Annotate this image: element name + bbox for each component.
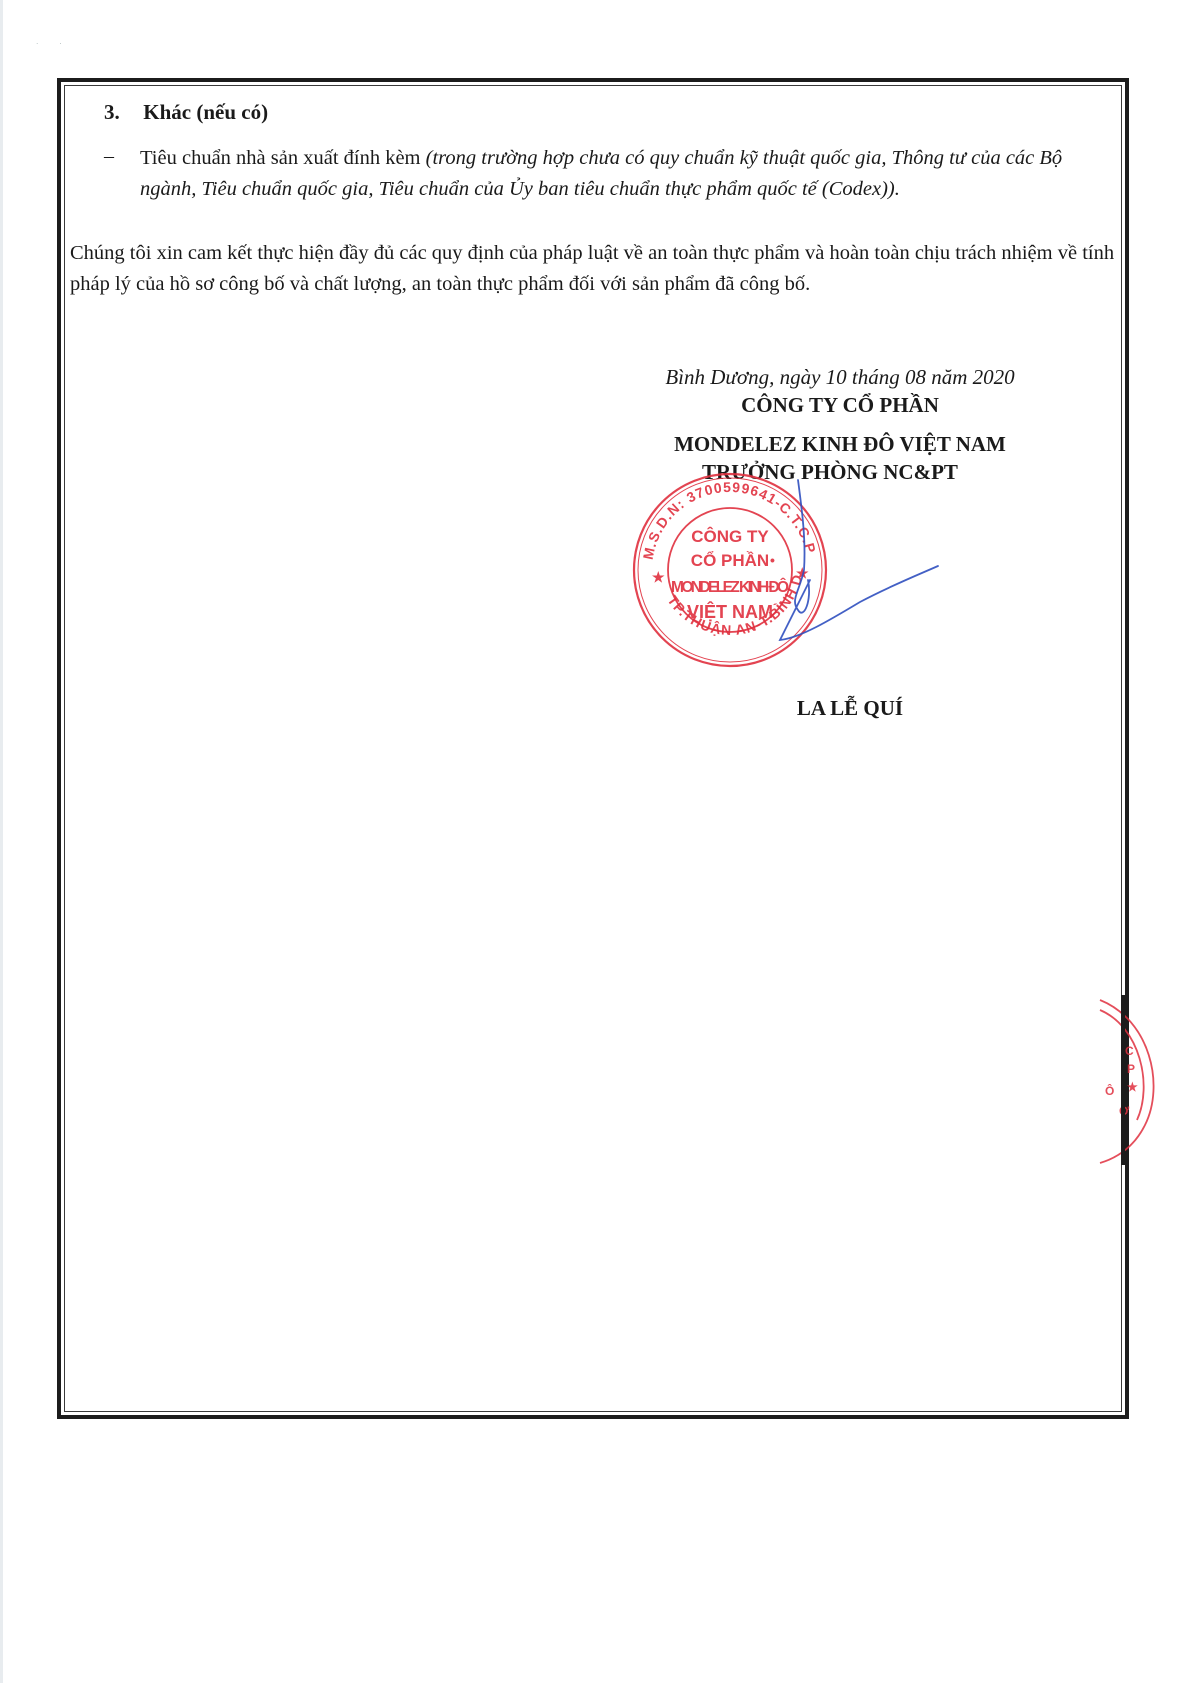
bullet-dash: – xyxy=(104,145,114,168)
bullet-item: Tiêu chuẩn nhà sản xuất đính kèm (trong … xyxy=(140,143,1110,205)
svg-text:★: ★ xyxy=(1127,1080,1138,1094)
company-name-line1: CÔNG TY CỔ PHẦN xyxy=(630,393,1050,418)
svg-text:C: C xyxy=(1125,1044,1134,1058)
seal-line-2: CỔ PHẦN xyxy=(691,551,769,570)
section-title: Khác (nếu có) xyxy=(143,100,268,124)
section-number: 3. xyxy=(104,100,138,125)
svg-text:★: ★ xyxy=(652,569,665,585)
commitment-paragraph: Chúng tôi xin cam kết thực hiện đầy đủ c… xyxy=(70,238,1118,300)
scan-edge xyxy=(0,0,3,1683)
place-date: Bình Dương, ngày 10 tháng 08 năm 2020 xyxy=(630,365,1050,390)
seal-line-1: CÔNG TY xyxy=(691,527,769,546)
scan-specks: · · xyxy=(36,40,62,48)
section-heading: 3. Khác (nếu có) xyxy=(104,100,268,125)
company-name-line2: MONDELEZ KINH ĐÔ VIỆT NAM xyxy=(630,432,1050,457)
handwritten-signature xyxy=(760,470,940,670)
bullet-text-plain: Tiêu chuẩn nhà sản xuất đính kèm xyxy=(140,147,426,169)
svg-text:Ô: Ô xyxy=(1105,1083,1114,1098)
partial-seal-icon: C P ★ Ô Ơ xyxy=(1095,995,1175,1165)
signer-name: LA LỄ QUÍ xyxy=(640,696,1060,721)
svg-text:P: P xyxy=(1127,1062,1135,1076)
